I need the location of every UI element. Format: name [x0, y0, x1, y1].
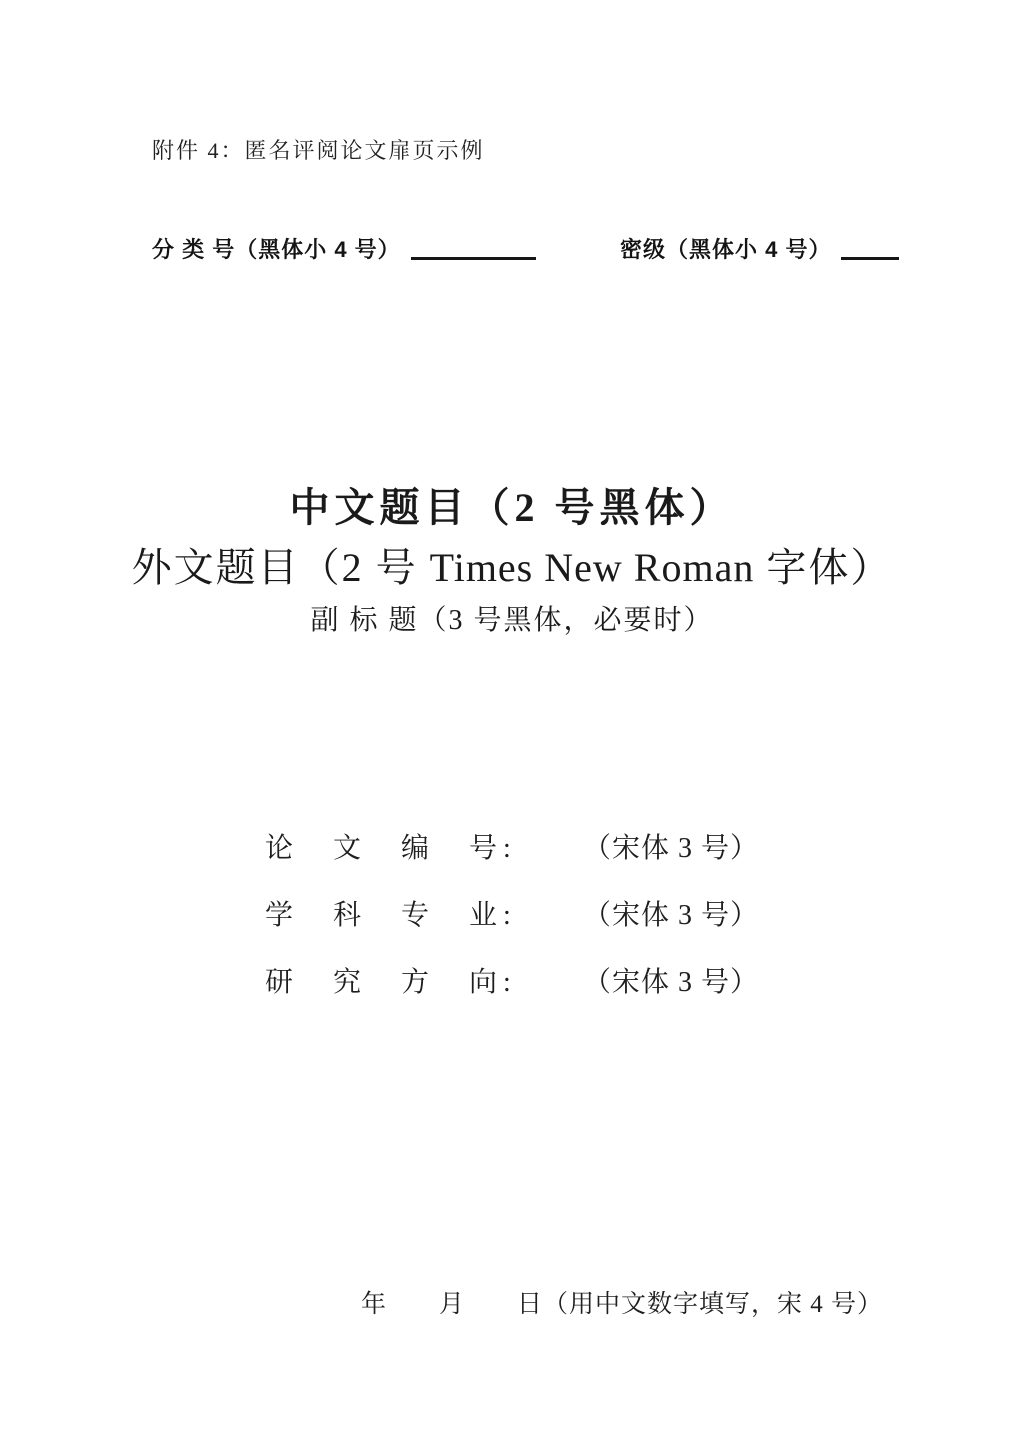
field-row-thesis-number: 论 文 编 号: （宋体 3 号） — [0, 826, 1024, 860]
security-level-group: 密级（黑体小 4 号） — [620, 233, 899, 264]
subtitle: 副 标 题（3 号黑体，必要时） — [0, 598, 1024, 638]
attachment-note: 附件 4：匿名评阅论文扉页示例 — [152, 134, 485, 165]
field-row-research-direction: 研 究 方 向: （宋体 3 号） — [0, 960, 1024, 994]
security-level-label: 密级（黑体小 4 号） — [620, 237, 831, 262]
classification-row: 分 类 号（黑体小 4 号） 密级（黑体小 4 号） — [0, 233, 1024, 265]
research-direction-label: 研 究 方 向: — [265, 960, 517, 1000]
classification-number-group: 分 类 号（黑体小 4 号） — [152, 233, 536, 264]
foreign-title-prefix: 外文题目（2 号 — [132, 545, 430, 590]
chinese-title: 中文题目（2 号黑体） — [0, 476, 1024, 533]
classification-number-label: 分 类 号（黑体小 4 号） — [152, 237, 401, 262]
thesis-number-label: 论 文 编 号: — [265, 826, 517, 866]
foreign-title-latin: Times New Roman — [430, 545, 755, 590]
date-line: 年 月 日（用中文数字填写，宋 4 号） — [361, 1284, 883, 1320]
discipline-label: 学 科 专 业: — [265, 893, 517, 933]
foreign-title: 外文题目（2 号 Times New Roman 字体） — [0, 536, 1024, 593]
research-direction-value: （宋体 3 号） — [583, 960, 759, 1000]
thesis-cover-page: 附件 4：匿名评阅论文扉页示例 分 类 号（黑体小 4 号） 密级（黑体小 4 … — [0, 0, 1024, 1448]
field-row-discipline: 学 科 专 业: （宋体 3 号） — [0, 893, 1024, 927]
foreign-title-suffix: 字体） — [754, 545, 892, 590]
classification-number-blank-line — [411, 242, 536, 260]
discipline-value: （宋体 3 号） — [583, 893, 759, 933]
security-level-blank-line — [841, 242, 899, 260]
thesis-number-value: （宋体 3 号） — [583, 826, 759, 866]
